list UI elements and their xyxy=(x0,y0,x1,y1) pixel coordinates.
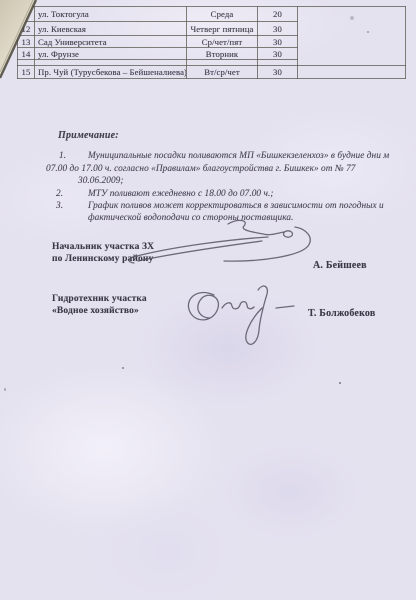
days-cell: Вторник xyxy=(187,48,258,60)
street-cell: ул. Киевская xyxy=(35,22,187,36)
signer2-title-line1: Гидротехник участка xyxy=(52,294,147,304)
paper-speck xyxy=(339,382,341,384)
notes-heading: Примечание: xyxy=(58,130,119,141)
paper-speck xyxy=(4,388,6,391)
paper-speck xyxy=(367,31,369,33)
amount-cell: 20 xyxy=(258,7,298,22)
note-line: МТУ поливают ежедневно с 18.00 до 07.00 … xyxy=(88,189,273,199)
street-cell: Пр. Чуй (Турусбекова – Бейшеналиева) xyxy=(35,66,187,79)
amount-cell: 30 xyxy=(258,66,298,79)
signer2-title-line2: «Водное хозяйство» xyxy=(52,306,139,316)
note-line: Муниципальные посадки поливаются МП «Биш… xyxy=(88,151,389,161)
note-item-number: 3. xyxy=(56,201,63,211)
paper-speck xyxy=(350,16,354,20)
signer1-name: А. Бейшеев xyxy=(313,260,367,271)
watering-schedule-table: ул. Токтогула Среда 20 12 ул. Киевская Ч… xyxy=(17,6,406,79)
amount-cell: 30 xyxy=(258,36,298,48)
note-line: 07.00 до 17.00 ч. согласно «Правилам» бл… xyxy=(46,164,355,174)
table-row: ул. Токтогула Среда 20 xyxy=(18,7,406,22)
scanned-document-page: ул. Токтогула Среда 20 12 ул. Киевская Ч… xyxy=(0,0,416,600)
empty-right-cell xyxy=(298,66,406,79)
days-cell: Ср/чет/пят xyxy=(187,36,258,48)
signer2-name: Т. Болжобеков xyxy=(308,308,375,319)
signature1-handwriting xyxy=(125,212,317,270)
days-cell: Четверг пятница xyxy=(187,22,258,36)
note-line: 30.06.2009; xyxy=(78,176,123,186)
street-cell: ул. Токтогула xyxy=(35,7,187,22)
street-cell: ул. Фрунзе xyxy=(35,48,187,60)
signature2-handwriting xyxy=(180,283,300,349)
note-item-number: 1. xyxy=(59,151,66,161)
table-row: 15 Пр. Чуй (Турусбекова – Бейшеналиева) … xyxy=(18,66,406,79)
days-cell: Вт/ср/чет xyxy=(187,66,258,79)
amount-cell: 30 xyxy=(258,22,298,36)
folded-corner xyxy=(0,0,46,86)
days-cell: Среда xyxy=(187,7,258,22)
street-cell: Сад Университета xyxy=(35,36,187,48)
note-line: График поливов может корректироваться в … xyxy=(88,201,384,211)
amount-cell: 30 xyxy=(258,48,298,60)
note-item-number: 2. xyxy=(56,189,63,199)
paper-speck xyxy=(122,367,124,369)
